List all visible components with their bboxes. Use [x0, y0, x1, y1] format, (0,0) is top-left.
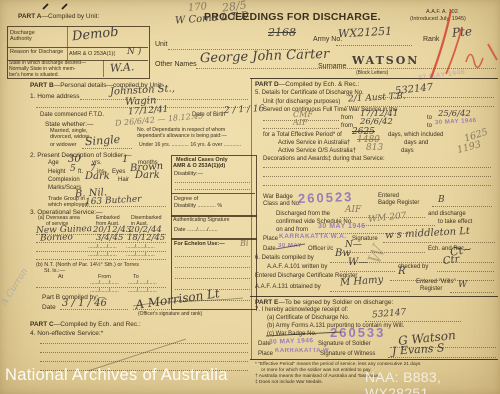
discharged-from-suffix: and discharge	[428, 211, 466, 218]
footnotes-rule	[250, 359, 498, 360]
service-line2-to-label: to	[427, 123, 432, 130]
part-d-heading-rest: —Compiled by Ech. & Rec.:	[279, 81, 360, 88]
details-compiled-label: 6. Details compiled by	[255, 255, 314, 262]
degree-label-line2: Disability ............ %	[174, 203, 222, 209]
unit-struck-value: 2168	[268, 26, 296, 39]
active-service-aus-label: Active Service in Australia†	[278, 140, 350, 147]
marital-status-value: Single	[85, 133, 121, 148]
authenticating-date-label: Date ....../....../......	[174, 227, 218, 233]
part-e-heading: PART E—To be signed by Soldier on discha…	[255, 299, 393, 306]
badge-register-value: B	[438, 195, 445, 205]
echelon-pencil-mark: Bi	[240, 239, 248, 248]
disability-line1	[175, 182, 250, 183]
place-stamp-d: KARRAKATTA W.A.	[279, 233, 347, 240]
active-service-aus-suffix: days and	[404, 140, 428, 147]
war-badge-label-line2: Class and No.	[263, 201, 301, 208]
marital-line	[82, 148, 132, 149]
red-pencil-mark-3	[488, 44, 497, 60]
officer-signature-caption: (Officer's signature and rank)	[138, 312, 202, 318]
active-service-os-suffix: days	[401, 148, 414, 155]
war-badge-number-stamp: 260523	[298, 189, 354, 206]
ink-corner-mark-1	[43, 4, 48, 9]
decorations-label: Decorations and Awards‡ during that Serv…	[263, 156, 385, 163]
op-row2-disembarked: 18/12/45	[127, 233, 165, 243]
receipt-cert-value: 532147	[372, 308, 407, 321]
state-desired-label: State in which discharge desired—Normall…	[9, 61, 86, 78]
officer-ic-signature-value: w s middleton Lt	[385, 226, 470, 241]
service-line1-from-label: from	[341, 115, 353, 122]
disability-line2	[175, 189, 250, 190]
other-names-label: Other Names	[155, 61, 197, 69]
op-row2-embarked: 3/4/45	[96, 233, 123, 243]
part-c-line2	[40, 352, 248, 353]
checked-by-line	[437, 271, 494, 272]
part-d-top-rule	[250, 78, 498, 79]
discharged-from-value: AIF	[345, 205, 361, 215]
rank-value: Pte	[451, 24, 472, 40]
reason-handwritten-addition: N )	[127, 47, 141, 57]
service-line2-force: AIF	[293, 118, 308, 127]
wills-register-line	[450, 292, 494, 293]
a131-line	[330, 291, 410, 292]
rank-label: Rank	[423, 36, 439, 44]
wills-register-label-line2: Register	[420, 286, 442, 293]
army-no-value: WX21251	[338, 25, 393, 41]
badge-register-line	[432, 206, 492, 207]
date-label-d: Date	[263, 246, 276, 253]
height-label: Height	[48, 169, 65, 176]
nt-at-label: At	[58, 274, 63, 280]
place-stamp-e: KARRAKATTA W	[275, 348, 329, 354]
receipt-cert-line	[365, 321, 461, 322]
part-b-date-label: Date	[42, 304, 56, 311]
schedule-no-line	[362, 225, 435, 226]
block-letters-note: (Block Letters)	[356, 71, 388, 77]
part-e-heading-rest: —To be signed by Soldier on discharge:	[278, 299, 393, 306]
army-no-line	[336, 45, 412, 46]
signature-line-d	[383, 242, 495, 243]
total-effective-period-suffix: days, which included	[388, 132, 443, 139]
part-a-box-divider-2	[103, 60, 104, 77]
non-effective-service-label: 4. Non-effective Service:*	[30, 330, 103, 337]
effect-date-stamp: 30 MAY 1946	[318, 223, 366, 230]
date-stamp-d: 30 MAY	[278, 243, 302, 249]
pencil-margin-number2: 1193	[456, 139, 482, 156]
part-a-heading: PART A—Compiled by Unit:	[18, 13, 99, 20]
decorations-line1	[263, 167, 491, 168]
op-blank-row2-emb: ....../....../......	[88, 253, 117, 259]
discharge-form-scan: PROCEEDINGS FOR DISCHARGE. A.A.F. A. 102…	[0, 0, 500, 394]
part-b-date-value: 3 / 1 / 46	[62, 298, 107, 309]
signature-soldier-label: Signature of Soldier	[318, 341, 371, 348]
months-value: 1	[122, 154, 128, 165]
surname-value: WATSON	[352, 54, 419, 67]
degree-label-line1: Degree of	[174, 196, 198, 202]
receipt-cert-label: (a) Certificate of Discharge No.	[267, 315, 349, 322]
part-a-heading-bold: PART A	[18, 13, 41, 20]
marital-options-line3: or widower	[50, 142, 77, 148]
part-b-heading-bold: PART B	[30, 82, 54, 89]
unit-handwritten-value: W Comd L T D	[175, 10, 249, 26]
surname-label: Surname	[318, 63, 346, 71]
footnote-war-medals: ‡ Does not include War Medals.	[255, 380, 323, 386]
checked-by-value: Ctr	[442, 254, 460, 267]
officer-ic-label: Officer i/c	[308, 246, 333, 253]
op-blank-row1-dis: ....../....../......	[126, 245, 155, 251]
active-service-os-value: 813	[366, 143, 383, 153]
nt-blank-row1-to: ....../....../......	[128, 281, 157, 287]
ink-corner-mark-2	[62, 4, 67, 9]
signature-witness-line	[388, 357, 496, 358]
authenticating-signature-label: Authenticating Signature	[173, 218, 230, 224]
op-blank-row2-dis: ....../....../......	[126, 253, 155, 259]
dependants-label-line2: dependant's allowance is being paid:—	[137, 134, 227, 140]
discharge-register-value: R	[398, 266, 406, 277]
part-a-box-divider-1	[67, 26, 68, 60]
part-e-heading-bold: PART E	[255, 299, 278, 306]
age-label: Age	[48, 160, 59, 167]
part-d-heading-bold: PART D	[255, 81, 279, 88]
dob-value: 2 / 1 / 16	[224, 104, 265, 116]
part-a-heading-rest: —Compiled by Unit:	[41, 13, 99, 20]
footnote-effective-period-line1: * "Effective Period" means the period of…	[255, 362, 420, 368]
unit-discharge-purposes-label: Unit (for discharge purposes)	[263, 99, 340, 106]
home-address-label: 1. Home address	[30, 93, 80, 100]
decorations-line2	[263, 176, 491, 177]
state-desired-value: W.A.	[110, 60, 135, 75]
a131-obtained-label: A.A.F. A.131 obtained by	[255, 284, 321, 291]
height-feet-value: 5	[70, 164, 76, 174]
war-badge-label-line1: War Badge	[263, 194, 293, 201]
other-names-value: George John Carter	[200, 47, 330, 67]
naa-watermark-left: National Archives of Australia	[5, 366, 228, 385]
part-c-heading: PART C—Compiled by Ech. and Rec.:	[30, 321, 141, 328]
medical-box-regulation: AMR & O 253A(1)(d)	[173, 163, 225, 169]
a131-obtained-value: M Hamy	[340, 275, 384, 289]
form-reference-number: A.A.F. A. 102.	[426, 9, 459, 15]
faint-date-stamp: 27 MAY 1946	[418, 69, 466, 83]
echelon-line1	[175, 256, 250, 257]
op-blank-row1-emb: ....../....../......	[88, 245, 117, 251]
place-label-d: Place	[263, 236, 278, 243]
a101-line	[340, 271, 395, 272]
disability-label: Disability:—	[174, 171, 203, 177]
red-pencil-squiggle	[466, 54, 483, 67]
feet-label: ft.	[78, 169, 83, 176]
nt-blank-row2-to: ....../....../......	[128, 289, 157, 295]
wills-register-value: W	[458, 280, 467, 290]
service-line2-rule	[263, 128, 339, 129]
part-c-line1	[40, 343, 248, 344]
op-blank-row2-line	[36, 259, 166, 260]
ftd-label: Date commenced F.T.D.	[40, 112, 104, 119]
total-effective-period-label: for a Total Effective Period* of	[263, 132, 342, 139]
entered-label-line1: Entered	[378, 193, 399, 200]
home-address-line-rule1	[80, 99, 248, 100]
discharged-from-label: Discharged from the	[276, 211, 330, 218]
wills-register-label-line1: Entered "Wills"	[416, 279, 456, 286]
part-c-heading-rest: —Compiled by Ech. and Rec.:	[54, 321, 141, 328]
medical-box-divider	[171, 193, 255, 194]
hair-value: Dark	[135, 170, 160, 181]
trade-group-label-line2: which employed:	[48, 202, 89, 208]
acknowledge-receipt-label: 7. I hereby acknowledge receipt of:	[255, 307, 348, 314]
schedule-no-suffix: to take effect	[438, 219, 472, 226]
echelon-line2	[175, 267, 250, 268]
discharge-authority-label-l1: Discharge	[10, 30, 35, 36]
discharge-authority-label-l2: Authority	[10, 36, 32, 42]
reason-label-l2: Discharge	[38, 49, 63, 55]
reason-label-l1: Reason for	[10, 49, 37, 55]
receipt-badge-number-stamp: 260533	[330, 325, 385, 340]
pencil-annotation-170: 170	[188, 1, 208, 14]
signature-witness-value: J Evans S	[392, 341, 445, 358]
service-line1-to-label: to	[427, 115, 432, 122]
op-row2-area: Borneo	[40, 232, 73, 243]
echelon-line3	[175, 278, 250, 279]
unit-discharge-purposes-value: 2/1 Aust T.B.	[348, 91, 406, 104]
service-line2-to-date-stamp: 30 MAY 1946	[435, 118, 477, 126]
footnote-australia: † Australia means the mainland of Austra…	[255, 374, 379, 380]
state-label-l3: ber's home is situated.	[9, 72, 59, 78]
nt-blank-row1-from: ....../....../......	[90, 281, 119, 287]
complexion-value: Dark	[85, 171, 110, 182]
active-service-os-label: Active Service O/S Australia†	[278, 148, 356, 155]
reason-for-discharge-label: Reason for Discharge	[10, 49, 63, 55]
naa-watermark-right: NAA: B883, WX28251	[365, 369, 500, 394]
echelon-use-label: For Echelon Use:—	[174, 241, 225, 247]
a101-written-label: A.A.F. A.101 written by	[267, 264, 327, 271]
discharge-authority-label: DischargeAuthority	[10, 30, 35, 43]
dependants-counts-line: Under 16 yrs. ............ 16 yrs. & ove…	[139, 143, 241, 149]
reason-regulation-text: AMR & O 253A(1)(	[69, 51, 115, 57]
complexion-label: Complexion	[48, 177, 80, 184]
part-e-top-rule	[250, 296, 498, 297]
footnote-effective-period-line2: or more for which the soldier was not en…	[261, 368, 372, 374]
schedule-no-value: WM 207	[368, 211, 407, 225]
part-c-line3	[40, 361, 248, 362]
unit-label: Unit	[155, 41, 167, 49]
part-d-heading: PART D—Compiled by Ech. & Rec.:	[255, 81, 359, 88]
form-reference-date: (Introduced July, 1945)	[410, 16, 466, 22]
hair-label: Hair	[118, 177, 129, 184]
entered-label-line2: Badge Register	[378, 200, 419, 207]
part-c-heading-bold: PART C	[30, 321, 54, 328]
date-stamp-e: 30 MAY 1946	[269, 337, 314, 346]
service-line2-from-date: 26/6/42	[360, 117, 393, 127]
eyes-label: Eyes	[112, 169, 125, 176]
decorations-line3	[263, 185, 491, 186]
margin-archival-note: A Curran	[0, 267, 30, 308]
place-label-e: Place	[258, 351, 273, 358]
part-b-date-line	[60, 309, 128, 310]
marital-options-line2: divorced, widow	[50, 134, 89, 140]
